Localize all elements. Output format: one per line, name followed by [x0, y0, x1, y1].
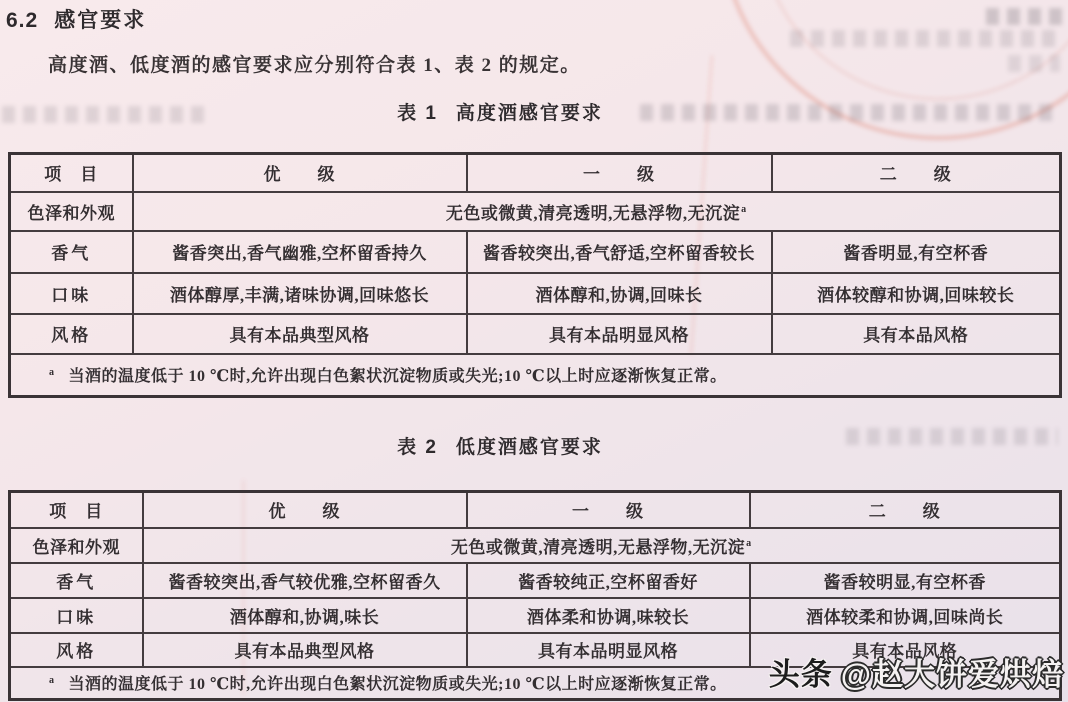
table1-header-premium: 优 级	[133, 154, 467, 192]
table1-header-first: 一 级	[467, 154, 772, 192]
bleed-through-text	[790, 30, 1058, 47]
table-row: 项 目 优 级 一 级 二 级	[10, 154, 1061, 192]
watermark-brand: 头条	[769, 657, 833, 692]
table-row: 口味 酒体醇厚,丰满,诸味协调,回味悠长 酒体醇和,协调,回味长 酒体较醇和协调…	[10, 273, 1061, 314]
table1-style-premium: 具有本品典型风格	[133, 314, 467, 354]
table1-style-second: 具有本品风格	[772, 314, 1061, 354]
table1-taste-premium: 酒体醇厚,丰满,诸味协调,回味悠长	[133, 273, 467, 314]
table2-taste-premium: 酒体醇和,协调,味长	[143, 598, 467, 633]
table2-style-first: 具有本品明显风格	[467, 633, 750, 667]
table-row: 香气 酱香较突出,香气较优雅,空杯留香久 酱香较纯正,空杯留香好 酱香较明显,有…	[10, 563, 1061, 598]
section-number: 6.2	[6, 9, 38, 32]
footnote-marker: a	[746, 538, 752, 549]
footnote-marker: a	[741, 204, 747, 215]
table1-appearance-label: 色泽和外观	[10, 192, 133, 231]
table2-header-first: 一 级	[467, 492, 750, 528]
table2-aroma-premium: 酱香较突出,香气较优雅,空杯留香久	[143, 563, 467, 598]
table1-footnote: a当酒的温度低于 10 ℃时,允许出现白色絮状沉淀物质或失光;10 ℃以上时应逐…	[10, 354, 1061, 397]
table1-aroma-premium: 酱香突出,香气幽雅,空杯留香持久	[133, 231, 467, 273]
footnote-marker: a	[49, 367, 55, 378]
table-row: 项 目 优 级 一 级 二 级	[10, 492, 1061, 528]
table1-aroma-second: 酱香明显,有空杯香	[772, 231, 1061, 273]
table1-taste-second: 酒体较醇和协调,回味较长	[772, 273, 1061, 314]
table2-aroma-label: 香气	[10, 563, 143, 598]
table2-aroma-first: 酱香较纯正,空杯留香好	[467, 563, 750, 598]
table1-aroma-label: 香气	[10, 231, 133, 273]
table1-taste-first: 酒体醇和,协调,回味长	[467, 273, 772, 314]
bleed-through-text	[1008, 55, 1060, 72]
section-title: 感官要求	[54, 9, 146, 32]
table-row: a当酒的温度低于 10 ℃时,允许出现白色絮状沉淀物质或失光;10 ℃以上时应逐…	[10, 354, 1061, 397]
table1-style-label: 风格	[10, 314, 133, 354]
table1-sensory-requirements-high-alcohol: 项 目 优 级 一 级 二 级 色泽和外观 无色或微黄,清亮透明,无悬浮物,无沉…	[8, 152, 1062, 398]
table2-caption-title: 低度酒感官要求	[456, 437, 603, 458]
table2-caption-label: 表 2	[397, 437, 438, 458]
table2-appearance-label: 色泽和外观	[10, 528, 143, 563]
table-row: 香气 酱香突出,香气幽雅,空杯留香持久 酱香较突出,香气舒适,空杯留香较长 酱香…	[10, 231, 1061, 273]
table2-style-premium: 具有本品典型风格	[143, 633, 467, 667]
table1-caption: 表 1高度酒感官要求	[0, 98, 1000, 125]
table1-aroma-first: 酱香较突出,香气舒适,空杯留香较长	[467, 231, 772, 273]
intro-paragraph: 高度酒、低度酒的感官要求应分别符合表 1、表 2 的规定。	[48, 50, 581, 77]
table1-appearance-value: 无色或微黄,清亮透明,无悬浮物,无沉淀a	[133, 192, 1061, 231]
footnote-marker: a	[49, 675, 55, 686]
table2-appearance-value: 无色或微黄,清亮透明,无悬浮物,无沉淀a	[143, 528, 1061, 563]
table2-header-second: 二 级	[750, 492, 1061, 528]
table2-header-premium: 优 级	[143, 492, 467, 528]
table2-taste-first: 酒体柔和协调,味较长	[467, 598, 750, 633]
table1-header-item: 项 目	[10, 154, 133, 192]
toutiao-watermark: 头条@赵大饼爱烘焙	[769, 649, 1064, 694]
table-row: 口味 酒体醇和,协调,味长 酒体柔和协调,味较长 酒体较柔和协调,回味尚长	[10, 598, 1061, 633]
table2-caption: 表 2低度酒感官要求	[0, 432, 1000, 459]
table1-header-second: 二 级	[772, 154, 1061, 192]
red-seal-stamp-inner	[758, 0, 1068, 100]
table1-style-first: 具有本品明显风格	[467, 314, 772, 354]
table-row: 风格 具有本品典型风格 具有本品明显风格 具有本品风格	[10, 314, 1061, 354]
watermark-handle: @赵大饼爱烘焙	[841, 657, 1064, 692]
table2-taste-second: 酒体较柔和协调,回味尚长	[750, 598, 1061, 633]
section-heading: 6.2感官要求	[6, 4, 146, 34]
table2-header-item: 项 目	[10, 492, 143, 528]
table1-taste-label: 口味	[10, 273, 133, 314]
table-row: 色泽和外观 无色或微黄,清亮透明,无悬浮物,无沉淀a	[10, 528, 1061, 563]
table1-caption-title: 高度酒感官要求	[456, 103, 603, 124]
table1-caption-label: 表 1	[397, 103, 438, 124]
table2-taste-label: 口味	[10, 598, 143, 633]
document-page: 6.2感官要求 高度酒、低度酒的感官要求应分别符合表 1、表 2 的规定。 表 …	[0, 0, 1068, 702]
table2-style-label: 风格	[10, 633, 143, 667]
table2-aroma-second: 酱香较明显,有空杯香	[750, 563, 1061, 598]
table-row: 色泽和外观 无色或微黄,清亮透明,无悬浮物,无沉淀a	[10, 192, 1061, 231]
bleed-through-text	[986, 8, 1062, 25]
